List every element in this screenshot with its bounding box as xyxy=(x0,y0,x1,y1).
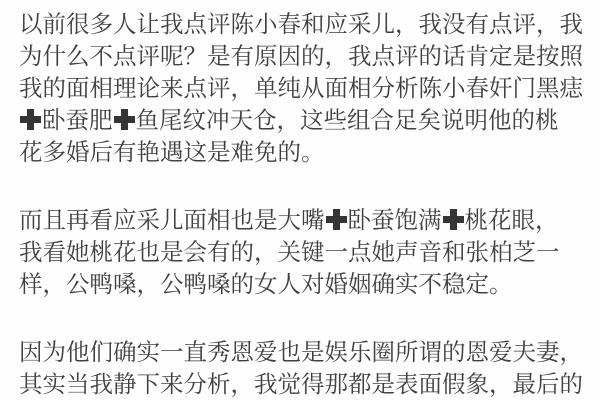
plus-icon xyxy=(326,209,347,230)
plus-icon xyxy=(443,209,464,230)
text-run: 桃花眼， xyxy=(465,207,559,233)
text-line: 因为他们确实一直秀恩爱也是娱乐圈所谓的恩爱夫妻， xyxy=(19,336,592,368)
text-run: 以前很多人让我点评陈小春和应采儿，我没有点评，我 xyxy=(19,11,583,37)
text-run: 为什么不点评呢？是有原因的，我点评的话肯定是按照 xyxy=(19,43,583,69)
text-run: 我看她桃花也是会有的，关键一点她声音和张柏芝一 xyxy=(19,239,560,265)
text-line: 而且再看应采儿面相也是大嘴卧蚕饱满桃花眼， xyxy=(19,204,592,236)
plus-icon xyxy=(20,109,41,130)
text-run: 其实当我静下来分析，我觉得那都是表面假象，最后的 xyxy=(19,371,583,397)
text-run: 卧蚕肥 xyxy=(42,107,113,133)
text-run: 而且再看应采儿面相也是大嘴 xyxy=(19,207,325,233)
text-line: 样，公鸭嗓，公鸭嗓的女人对婚姻确实不稳定。 xyxy=(19,268,592,300)
text-run: 因为他们确实一直秀恩爱也是娱乐圈所谓的恩爱夫妻， xyxy=(19,339,583,365)
text-line: 我看她桃花也是会有的，关键一点她声音和张柏芝一 xyxy=(19,236,592,268)
text-line: 卧蚕肥鱼尾纹冲天仓，这些组合足矣说明他的桃 xyxy=(19,104,592,136)
text-line: 其实当我静下来分析，我觉得那都是表面假象，最后的 xyxy=(19,368,592,400)
paragraph: 因为他们确实一直秀恩爱也是娱乐圈所谓的恩爱夫妻，其实当我静下来分析，我觉得那都是… xyxy=(19,336,592,400)
text-line: 为什么不点评呢？是有原因的，我点评的话肯定是按照 xyxy=(19,40,592,72)
text-run: 样，公鸭嗓，公鸭嗓的女人对婚姻确实不稳定。 xyxy=(19,271,513,297)
text-line: 花多婚后有艳遇这是难免的。 xyxy=(19,136,592,168)
text-line: 我的面相理论来点评，单纯从面相分析陈小春奸门黑痣 xyxy=(19,72,592,104)
paragraph: 而且再看应采儿面相也是大嘴卧蚕饱满桃花眼，我看她桃花也是会有的，关键一点她声音和… xyxy=(19,204,592,300)
text-line: 以前很多人让我点评陈小春和应采儿，我没有点评，我 xyxy=(19,8,592,40)
text-run: 鱼尾纹冲天仓，这些组合足矣说明他的桃 xyxy=(136,107,559,133)
text-run: 花多婚后有艳遇这是难免的。 xyxy=(19,139,325,165)
paragraph: 以前很多人让我点评陈小春和应采儿，我没有点评，我为什么不点评呢？是有原因的，我点… xyxy=(19,8,592,168)
article-text: 以前很多人让我点评陈小春和应采儿，我没有点评，我为什么不点评呢？是有原因的，我点… xyxy=(0,0,600,400)
plus-icon xyxy=(114,109,135,130)
text-run: 卧蚕饱满 xyxy=(348,207,442,233)
text-run: 我的面相理论来点评，单纯从面相分析陈小春奸门黑痣 xyxy=(19,75,583,101)
